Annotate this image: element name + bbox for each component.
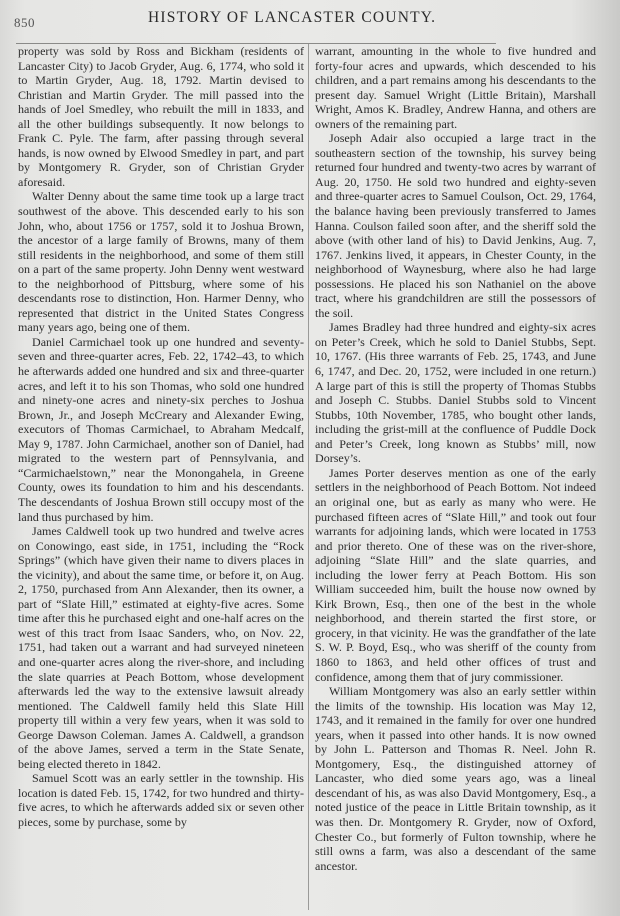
column-divider bbox=[308, 44, 309, 910]
paragraph: Joseph Adair also occupied a large tract… bbox=[315, 131, 596, 320]
left-column: property was sold by Ross and Bickham (r… bbox=[18, 44, 304, 830]
page-number: 850 bbox=[14, 15, 35, 31]
page-header: 850 HISTORY OF LANCASTER COUNTY. bbox=[0, 6, 600, 30]
paragraph: James Caldwell took up two hundred and t… bbox=[18, 524, 304, 771]
right-column: warrant, amounting in the whole to five … bbox=[315, 44, 596, 873]
paragraph: property was sold by Ross and Bickham (r… bbox=[18, 44, 304, 189]
paragraph: James Porter deserves mention as one of … bbox=[315, 466, 596, 684]
paragraph: warrant, amounting in the whole to five … bbox=[315, 44, 596, 131]
paragraph: Daniel Carmichael took up one hundred an… bbox=[18, 335, 304, 524]
paragraph: William Montgomery was also an early set… bbox=[315, 684, 596, 873]
paragraph: James Bradley had three hundred and eigh… bbox=[315, 320, 596, 465]
running-title: HISTORY OF LANCASTER COUNTY. bbox=[148, 9, 436, 27]
book-page: 850 HISTORY OF LANCASTER COUNTY. propert… bbox=[0, 0, 620, 916]
paragraph: Walter Denny about the same time took up… bbox=[18, 189, 304, 334]
paragraph: Samuel Scott was an early settler in the… bbox=[18, 771, 304, 829]
